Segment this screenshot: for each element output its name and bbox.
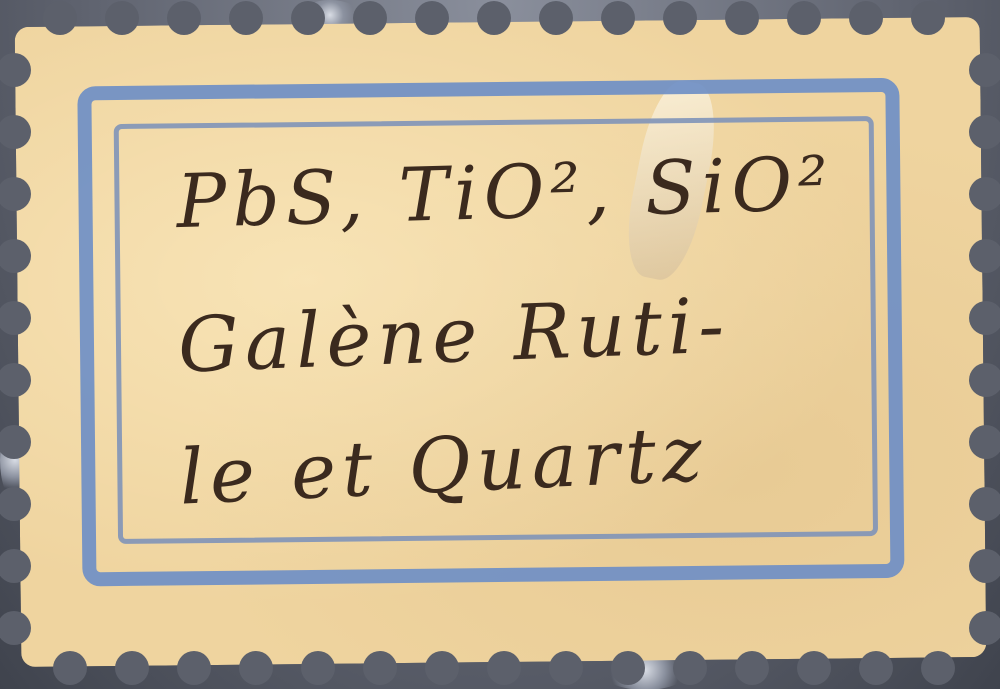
perforation-notch <box>167 1 201 35</box>
perforation-notch <box>539 1 573 35</box>
perforation-notch <box>969 239 1000 273</box>
perforation-notch <box>969 549 1000 583</box>
perforation-notch <box>969 115 1000 149</box>
perforation-notch <box>921 651 955 685</box>
perforation-notch <box>177 651 211 685</box>
perforation-notch <box>229 1 263 35</box>
perforation-notch <box>43 1 77 35</box>
perforation-notch <box>969 363 1000 397</box>
perforation-notch <box>301 651 335 685</box>
perforation-notch <box>725 1 759 35</box>
perforation-notch <box>611 651 645 685</box>
perforation-notch <box>969 53 1000 87</box>
perforation-notch <box>969 301 1000 335</box>
perforation-notch <box>969 177 1000 211</box>
perforation-notch <box>797 651 831 685</box>
perforation-notch <box>911 1 945 35</box>
perforation-notch <box>415 1 449 35</box>
perforation-notch <box>673 651 707 685</box>
perforation-notch <box>487 651 521 685</box>
perforation-notch <box>969 425 1000 459</box>
perforation-notch <box>969 487 1000 521</box>
specimen-label: PbS, TiO², SiO² Galène Ruti- le et Quart… <box>15 17 987 667</box>
perforation-notch <box>291 1 325 35</box>
perforation-notch <box>735 651 769 685</box>
perforation-notch <box>115 651 149 685</box>
perforation-notch <box>663 1 697 35</box>
perforation-notch <box>105 1 139 35</box>
perforation-notch <box>969 611 1000 645</box>
perforation-notch <box>353 1 387 35</box>
perforation-notch <box>601 1 635 35</box>
perforation-notch <box>787 1 821 35</box>
perforation-notch <box>239 651 273 685</box>
perforation-notch <box>849 1 883 35</box>
perforation-notch <box>859 651 893 685</box>
perforation-notch <box>53 651 87 685</box>
perforation-notch <box>477 1 511 35</box>
label-formula-line: PbS, TiO², SiO² <box>175 141 835 245</box>
perforation-notch <box>549 651 583 685</box>
perforation-notch <box>363 651 397 685</box>
perforation-notch <box>425 651 459 685</box>
